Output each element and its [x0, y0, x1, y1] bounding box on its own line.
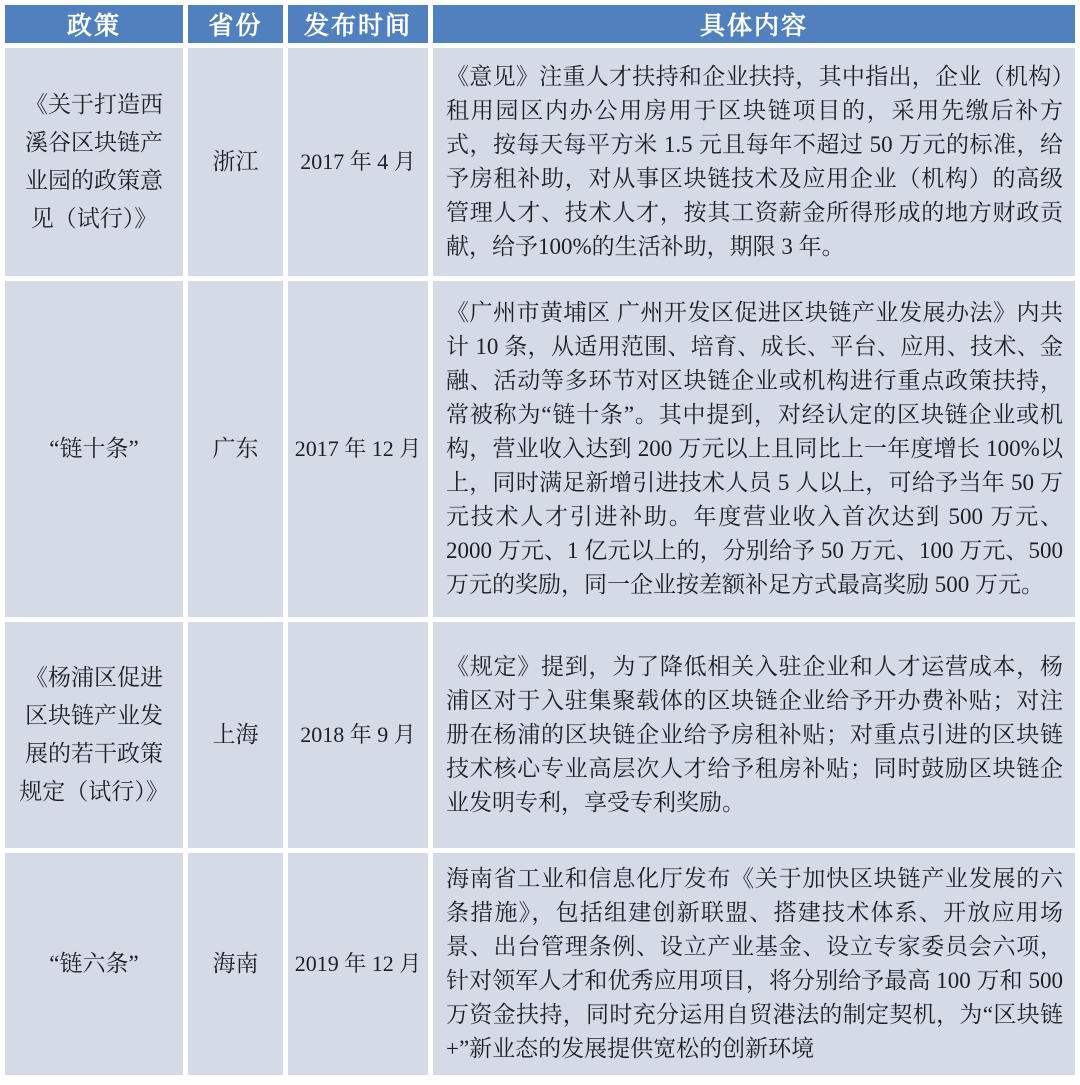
province-cell: 广东	[188, 281, 283, 617]
publish-date-cell: 2019 年 12 月	[288, 853, 428, 1075]
province-cell: 上海	[188, 622, 283, 848]
policy-name-cell: 《关于打造西溪谷区块链产业园的政策意见（试行）》	[5, 48, 183, 276]
detail-content-cell: 海南省工业和信息化厅发布《关于加快区块链产业发展的六条措施》，包括组建创新联盟、…	[433, 853, 1075, 1075]
publish-date-cell: 2018 年 9 月	[288, 622, 428, 848]
province-cell: 浙江	[188, 48, 283, 276]
detail-content-cell: 《规定》提到，为了降低相关入驻企业和人才运营成本，杨浦区对于入驻集聚载体的区块链…	[433, 622, 1075, 848]
policy-name-cell: 《杨浦区促进区块链产业发展的若干政策规定（试行）》	[5, 622, 183, 848]
table-row: “链十条” 广东 2017 年 12 月 《广州市黄埔区 广州开发区促进区块链产…	[5, 281, 1075, 617]
policy-name-cell: “链六条”	[5, 853, 183, 1075]
province-cell: 海南	[188, 853, 283, 1075]
policy-table-page: 政策 省份 发布时间 具体内容 《关于打造西溪谷区块链产业园的政策意见（试行）》…	[0, 0, 1080, 1085]
detail-content-cell: 《意见》注重人才扶持和企业扶持，其中指出，企业（机构）租用园区内办公用房用于区块…	[433, 48, 1075, 276]
table-row: “链六条” 海南 2019 年 12 月 海南省工业和信息化厅发布《关于加快区块…	[5, 853, 1075, 1075]
table-row: 《杨浦区促进区块链产业发展的若干政策规定（试行）》 上海 2018 年 9 月 …	[5, 622, 1075, 848]
column-header-policy: 政策	[5, 5, 183, 43]
table-header-row: 政策 省份 发布时间 具体内容	[5, 5, 1075, 43]
publish-date-cell: 2017 年 12 月	[288, 281, 428, 617]
publish-date-cell: 2017 年 4 月	[288, 48, 428, 276]
table-row: 《关于打造西溪谷区块链产业园的政策意见（试行）》 浙江 2017 年 4 月 《…	[5, 48, 1075, 276]
column-header-date: 发布时间	[288, 5, 428, 43]
column-header-content: 具体内容	[433, 5, 1075, 43]
blockchain-policy-table: 政策 省份 发布时间 具体内容 《关于打造西溪谷区块链产业园的政策意见（试行）》…	[0, 0, 1080, 1080]
policy-name-cell: “链十条”	[5, 281, 183, 617]
column-header-province: 省份	[188, 5, 283, 43]
detail-content-cell: 《广州市黄埔区 广州开发区促进区块链产业发展办法》内共计 10 条，从适用范围、…	[433, 281, 1075, 617]
